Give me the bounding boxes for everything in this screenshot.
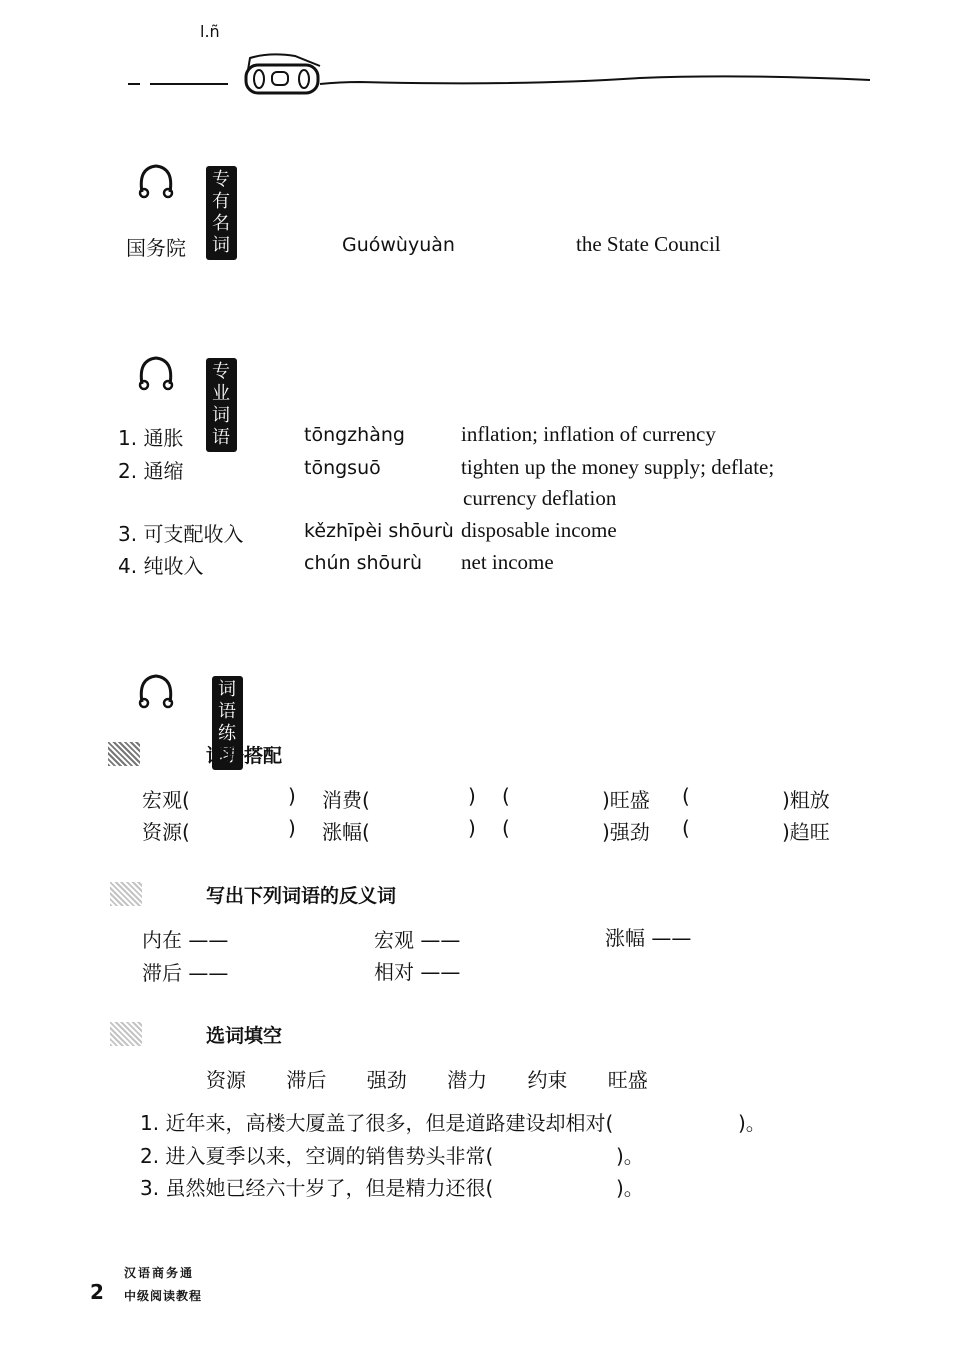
collocation-item: )强劲 — [602, 816, 650, 845]
english: the State Council — [576, 232, 721, 257]
pinyin: tōngsuō — [304, 457, 381, 479]
pinyin: tōngzhàng — [304, 424, 405, 446]
exercise-pattern-icon — [110, 1022, 142, 1046]
collocation-item: )趋旺 — [782, 816, 830, 845]
fill-sentence: 2. 进入夏季以来，空调的销售势头非常( )。 — [140, 1140, 840, 1169]
radio-doodle-icon — [120, 20, 880, 100]
technical-terms-list: 1. 通胀 tōngzhàng inflation; inflation of … — [118, 422, 838, 582]
collocation-item: 涨幅( — [322, 816, 370, 845]
word-bank-item: 强劲 — [367, 1068, 407, 1092]
english: tighten up the money supply; deflate; — [461, 455, 774, 480]
english: inflation; inflation of currency — [461, 422, 716, 447]
header-doodle: l.ñ — [120, 20, 880, 100]
pinyin: chún shōurù — [304, 552, 422, 574]
doodle-marks: l.ñ — [200, 22, 220, 41]
sentence-text: 3. 虽然她已经六十岁了，但是精力还很( — [140, 1176, 493, 1200]
headphone-icon[interactable] — [136, 670, 176, 710]
collocation-item: )粗放 — [782, 784, 830, 813]
sentence-end: )。 — [738, 1107, 766, 1136]
book-title-line2: 中级阅读教程 — [124, 1287, 202, 1304]
headphone-icon[interactable] — [136, 352, 176, 392]
antonym-item: 相对 —— — [374, 956, 460, 985]
word-bank-item: 资源 — [206, 1068, 246, 1092]
sentence-end: )。 — [616, 1140, 644, 1169]
antonym-item: 滞后 —— — [142, 957, 228, 986]
blank-close: ) — [288, 784, 296, 808]
subsection-title-collocation: 词语搭配 — [206, 741, 282, 768]
pinyin: kězhīpèi shōurù — [304, 520, 454, 542]
collocation-item: )旺盛 — [602, 784, 650, 813]
blank-open: ( — [682, 784, 690, 808]
blank-open: ( — [502, 816, 510, 840]
sentence-text: 1. 近年来，高楼大厦盖了很多，但是道路建设却相对( — [140, 1111, 613, 1135]
headphone-icon[interactable] — [136, 160, 176, 200]
hanzi: 国务院 — [126, 232, 186, 261]
collocation-row: 宏观( ) 消费( ) ( )旺盛 ( )粗放 — [142, 784, 862, 814]
collocation-item: 消费( — [322, 784, 370, 813]
fill-sentence: 1. 近年来，高楼大厦盖了很多，但是道路建设却相对( )。 — [140, 1107, 840, 1136]
word-bank-item: 滞后 — [286, 1068, 326, 1092]
antonym-item: 宏观 —— — [374, 924, 460, 953]
exercise-pattern-icon — [110, 882, 142, 906]
sentence-end: )。 — [616, 1172, 644, 1201]
book-title-line1: 汉语商务通 — [124, 1264, 194, 1281]
section-proper-nouns: 专有名词 — [136, 160, 176, 204]
antonym-item: 内在 —— — [142, 924, 228, 953]
subsection-title-fill-blank: 选词填空 — [206, 1021, 282, 1048]
english: disposable income — [461, 518, 617, 543]
blank-open: ( — [682, 816, 690, 840]
blank-close: ) — [468, 816, 476, 840]
blank-open: ( — [502, 784, 510, 808]
hanzi: 1. 通胀 — [118, 422, 183, 451]
exercise-pattern-icon — [108, 742, 140, 766]
word-bank: 资源 滞后 强劲 潜力 约束 旺盛 — [206, 1064, 682, 1093]
section-vocab-practice: 词语练习 — [136, 670, 176, 714]
fill-sentence: 3. 虽然她已经六十岁了，但是精力还很( )。 — [140, 1172, 840, 1201]
collocation-item: 宏观( — [142, 784, 190, 813]
blank-close: ) — [468, 784, 476, 808]
sentence-text: 2. 进入夏季以来，空调的销售势头非常( — [140, 1144, 493, 1168]
section-technical-terms: 专业词语 — [136, 352, 176, 396]
word-bank-item: 约束 — [527, 1068, 567, 1092]
section-title-proper-nouns: 专有名词 — [206, 166, 237, 260]
blank-close: ) — [288, 816, 296, 840]
hanzi: 4. 纯收入 — [118, 550, 203, 579]
word-bank-item: 潜力 — [447, 1068, 487, 1092]
antonym-item: 涨幅 —— — [605, 922, 691, 951]
pinyin: Guówùyuàn — [342, 234, 455, 256]
collocation-item: 资源( — [142, 816, 190, 845]
hanzi: 2. 通缩 — [118, 455, 183, 484]
word-bank-item: 旺盛 — [608, 1068, 648, 1092]
page-number: 2 — [90, 1280, 104, 1304]
english-continued: currency deflation — [463, 486, 616, 511]
subsection-title-antonyms: 写出下列词语的反义词 — [206, 881, 396, 908]
hanzi: 3. 可支配收入 — [118, 518, 243, 547]
collocation-row: 资源( ) 涨幅( ) ( )强劲 ( )趋旺 — [142, 816, 862, 846]
english: net income — [461, 550, 554, 575]
